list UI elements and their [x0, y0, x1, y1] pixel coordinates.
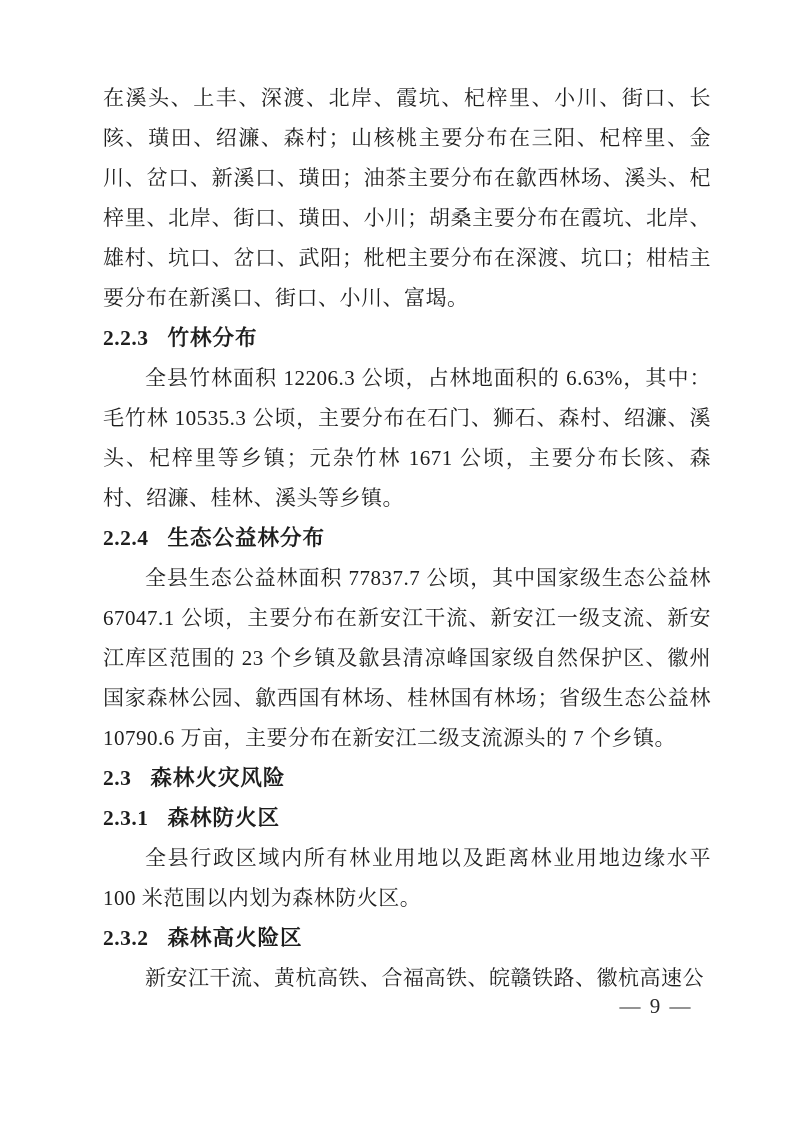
document-page: 在溪头、上丰、深渡、北岸、霞坑、杞梓里、小川、街口、长陔、璜田、绍濂、森村；山核… — [0, 0, 793, 1121]
body-paragraph-fire-prevention-zone: 全县行政区域内所有林业用地以及距离林业用地边缘水平 100 米范围以内划为森林防… — [103, 838, 711, 918]
section-heading-2-3-2: 2.3.2森林高火险区 — [103, 918, 711, 958]
heading-title: 森林防火区 — [168, 806, 281, 830]
section-heading-2-3: 2.3森林火灾风险 — [103, 758, 711, 798]
heading-title: 生态公益林分布 — [168, 526, 326, 550]
section-heading-2-2-4: 2.2.4生态公益林分布 — [103, 518, 711, 558]
heading-title: 森林高火险区 — [168, 926, 303, 950]
page-number-footer: — 9 — — [606, 994, 706, 1018]
body-paragraph-high-fire-risk-zone: 新安江干流、黄杭高铁、合福高铁、皖赣铁路、徽杭高速公 — [103, 958, 711, 998]
heading-title: 森林火灾风险 — [150, 766, 285, 790]
section-heading-2-3-1: 2.3.1森林防火区 — [103, 798, 711, 838]
heading-number: 2.2.4 — [103, 526, 149, 550]
page-content: 在溪头、上丰、深渡、北岸、霞坑、杞梓里、小川、街口、长陔、璜田、绍濂、森村；山核… — [103, 78, 711, 998]
heading-title: 竹林分布 — [168, 326, 258, 350]
body-paragraph-public-welfare-forest: 全县生态公益林面积 77837.7 公顷，其中国家级生态公益林 67047.1 … — [103, 558, 711, 758]
section-heading-2-2-3: 2.2.3竹林分布 — [103, 318, 711, 358]
body-paragraph-economic-forest: 在溪头、上丰、深渡、北岸、霞坑、杞梓里、小川、街口、长陔、璜田、绍濂、森村；山核… — [103, 78, 711, 318]
heading-number: 2.2.3 — [103, 326, 149, 350]
heading-number: 2.3.1 — [103, 806, 149, 830]
heading-number: 2.3 — [103, 766, 131, 790]
heading-number: 2.3.2 — [103, 926, 149, 950]
body-paragraph-bamboo-forest: 全县竹林面积 12206.3 公顷，占林地面积的 6.63%，其中：毛竹林 10… — [103, 358, 711, 518]
